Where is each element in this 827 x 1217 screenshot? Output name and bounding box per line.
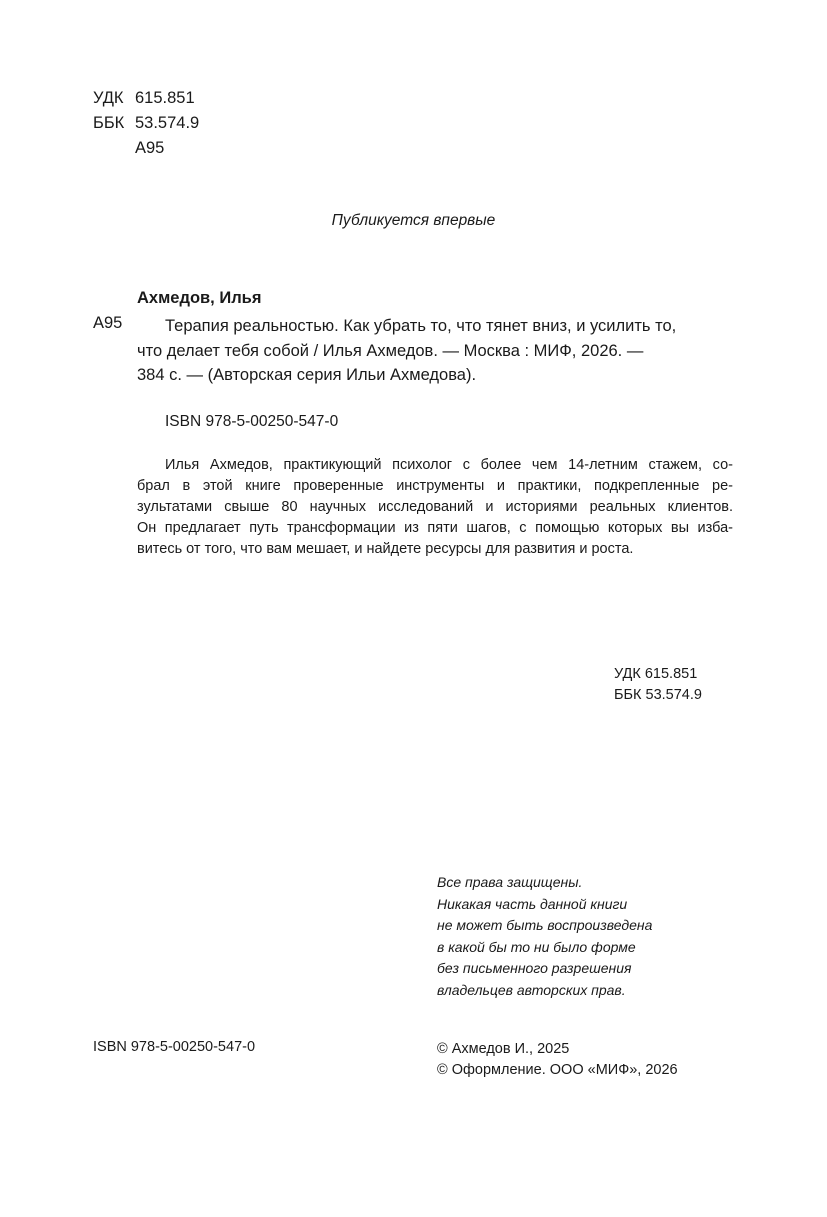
- rights-notice: Все права защищены. Никакая часть данной…: [437, 872, 652, 1001]
- bbk-label: ББК: [93, 111, 135, 136]
- annotation-line: Илья Ахмедов, практикующий психолог с бо…: [137, 455, 733, 476]
- bbk-value: 53.574.9: [135, 111, 199, 136]
- annotation-line: зультатами свыше 80 научных исследований…: [137, 497, 733, 518]
- author-sign: А95: [135, 136, 164, 161]
- author-sign-row: А95: [93, 136, 199, 161]
- bib-line: что делает тебя собой / Илья Ахмедов. — …: [137, 339, 733, 364]
- classification-right: УДК 615.851 ББК 53.574.9: [614, 664, 702, 706]
- udk-value: 615.851: [135, 86, 195, 111]
- rights-line: Все права защищены.: [437, 872, 652, 894]
- udk-row: УДК 615.851: [93, 86, 199, 111]
- copyright-line: © Ахмедов И., 2025: [437, 1039, 678, 1060]
- copyright-line: © Оформление. ООО «МИФ», 2026: [437, 1060, 678, 1081]
- bib-author-sign: А95: [93, 314, 122, 333]
- rights-line: не может быть воспроизведена: [437, 915, 652, 937]
- bib-line: Терапия реальностью. Как убрать то, что …: [137, 314, 733, 339]
- author-heading: Ахмедов, Илья: [137, 289, 261, 308]
- udk-label: УДК: [93, 86, 135, 111]
- classification-codes: УДК 615.851 ББК 53.574.9 А95: [93, 86, 199, 161]
- bbk-right: ББК 53.574.9: [614, 685, 702, 706]
- footer-isbn: ISBN 978-5-00250-547-0: [93, 1039, 255, 1055]
- bib-isbn: ISBN 978-5-00250-547-0: [165, 413, 338, 431]
- udk-right: УДК 615.851: [614, 664, 702, 685]
- bibliographic-description: Терапия реальностью. Как убрать то, что …: [137, 314, 733, 388]
- first-publication-note: Публикуется впервые: [0, 212, 827, 230]
- rights-line: владельцев авторских прав.: [437, 980, 652, 1002]
- copyright: © Ахмедов И., 2025 © Оформление. ООО «МИ…: [437, 1039, 678, 1081]
- annotation-line: брал в этой книге проверенные инструмент…: [137, 476, 733, 497]
- bbk-row: ББК 53.574.9: [93, 111, 199, 136]
- bib-line: 384 с. — (Авторская серия Ильи Ахмедова)…: [137, 363, 733, 388]
- annotation-line: Он предлагает путь трансформации из пяти…: [137, 518, 733, 539]
- rights-line: без письменного разрешения: [437, 958, 652, 980]
- rights-line: в какой бы то ни было форме: [437, 937, 652, 959]
- annotation: Илья Ахмедов, практикующий психолог с бо…: [137, 455, 733, 560]
- rights-line: Никакая часть данной книги: [437, 894, 652, 916]
- annotation-line: витесь от того, что вам мешает, и найдет…: [137, 539, 733, 560]
